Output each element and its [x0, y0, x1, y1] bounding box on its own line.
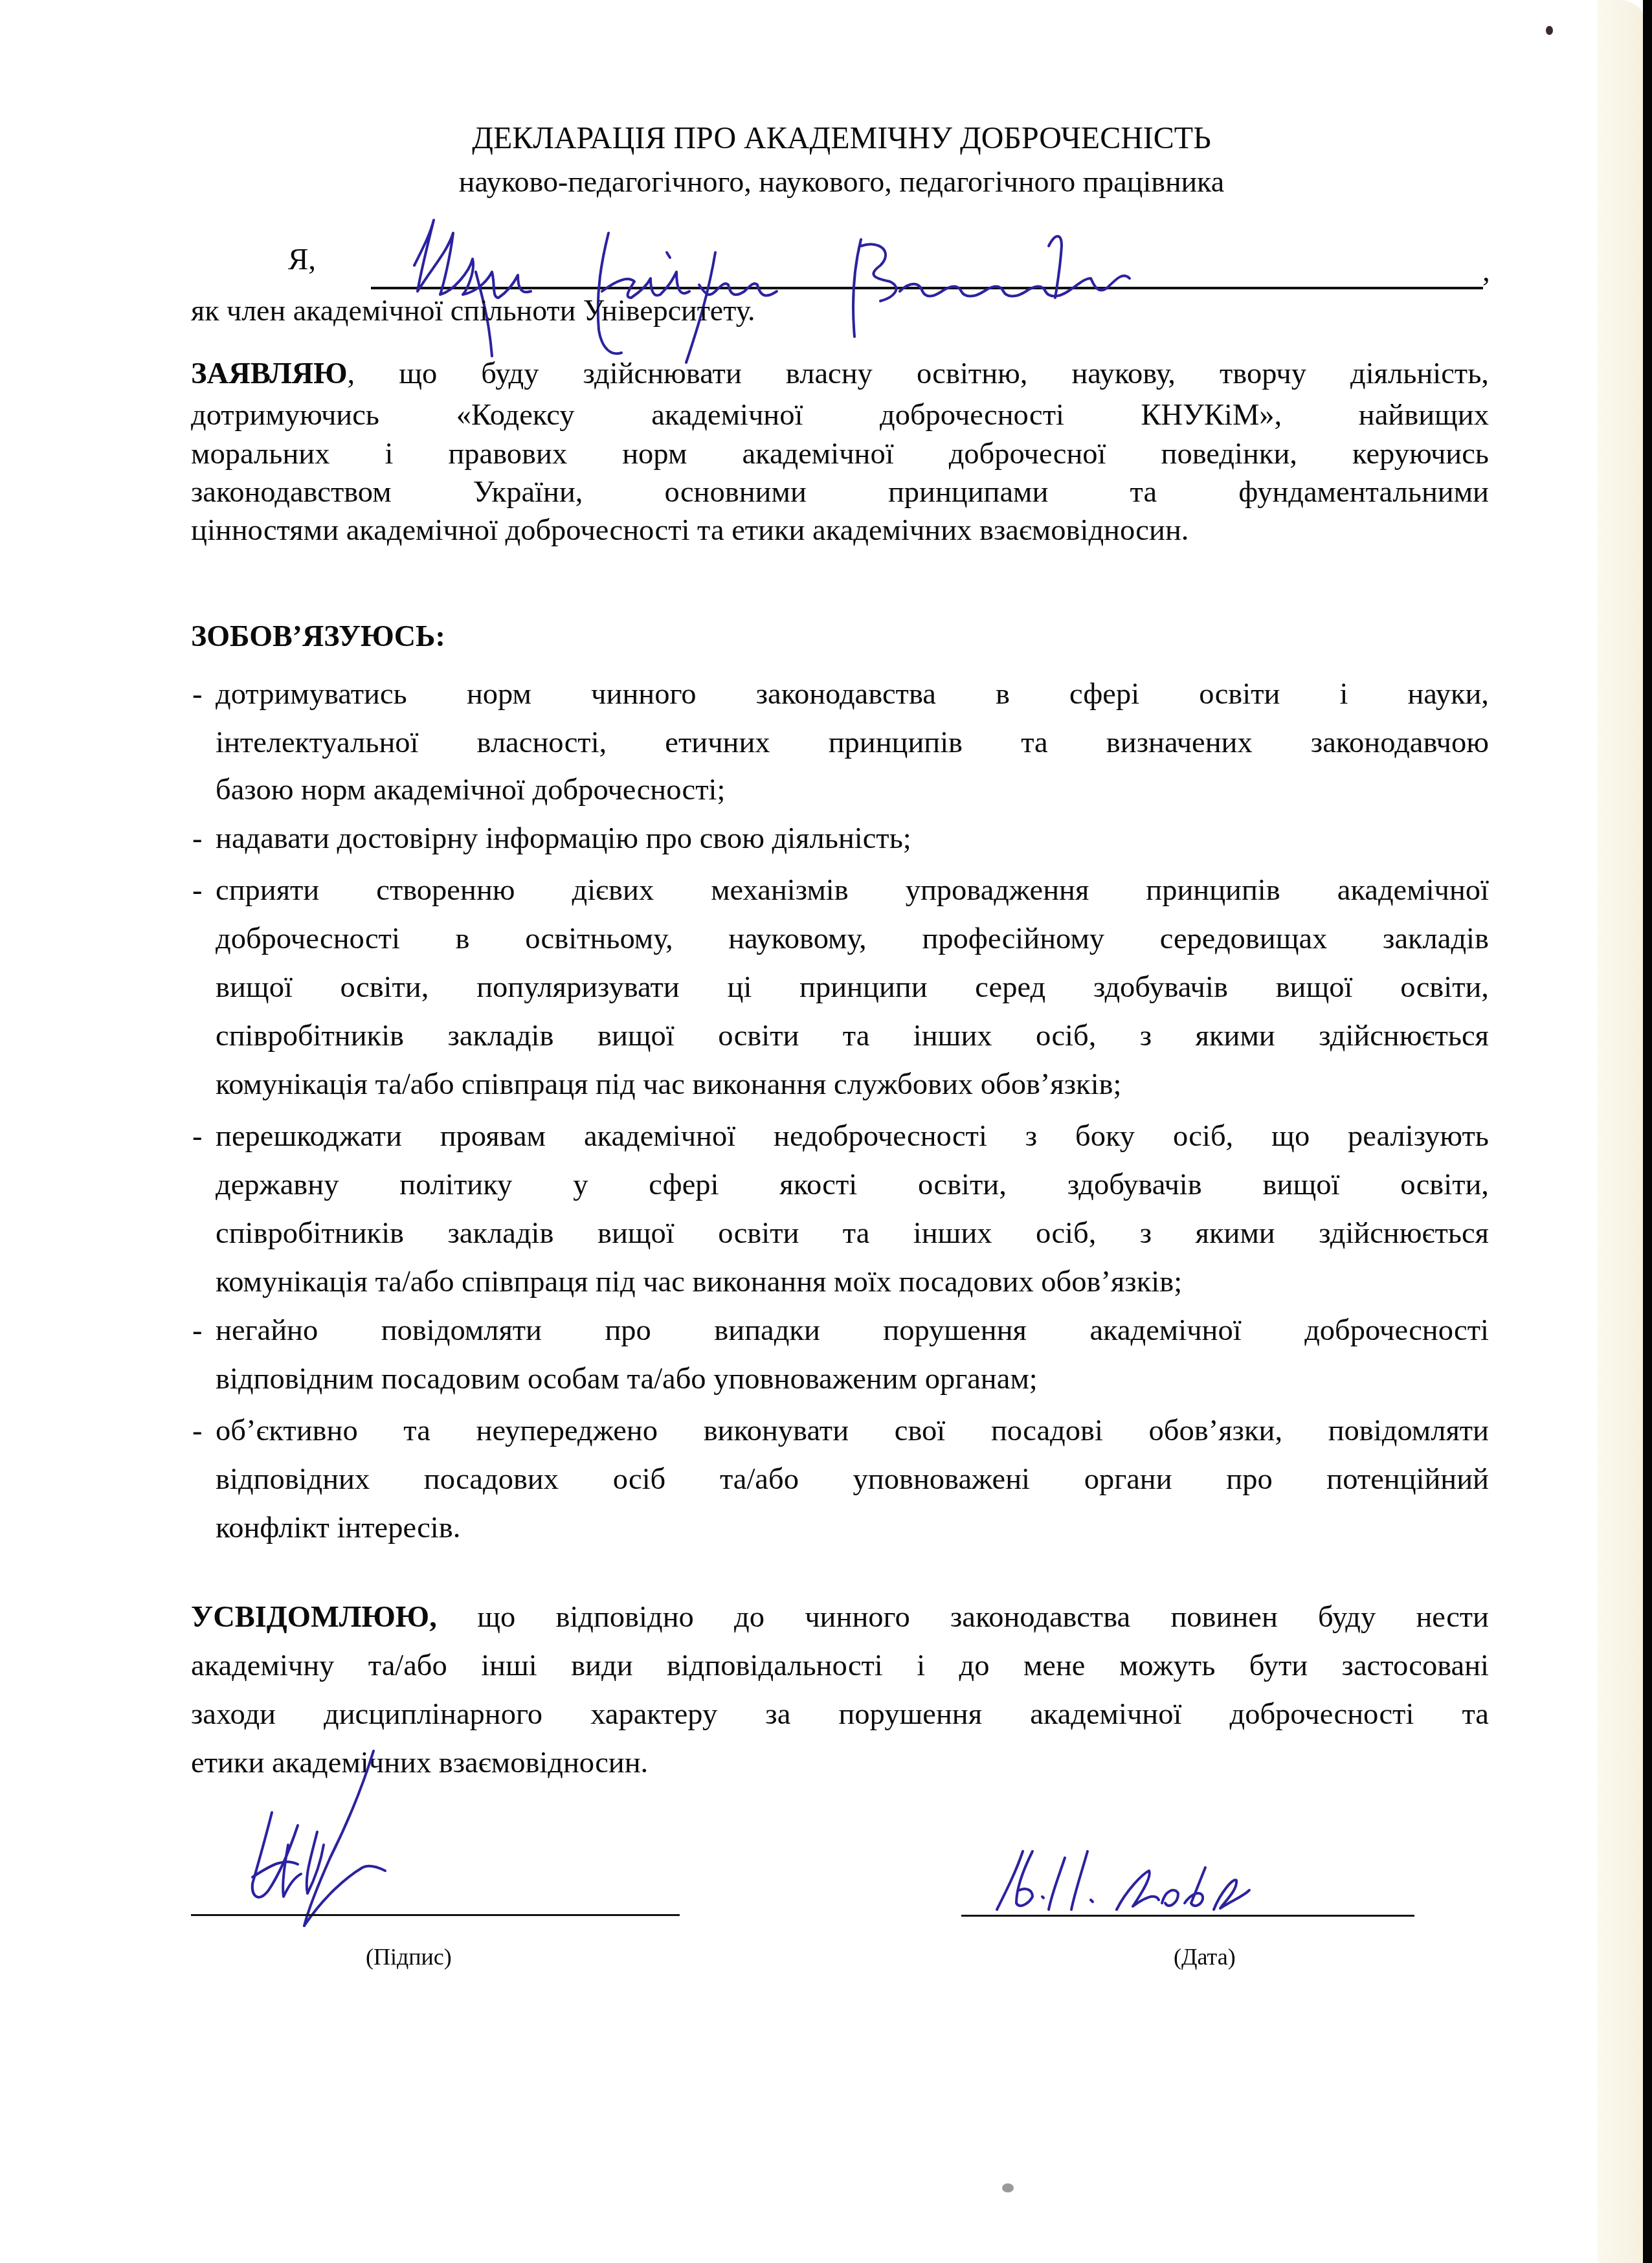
date-line — [961, 1915, 1414, 1917]
list-item-line: дотримуватись норм чинного законодавства… — [216, 680, 1489, 710]
bullet-dash: - — [192, 824, 203, 854]
list-item-line: співробітників закладів вищої освіти та … — [216, 1021, 1489, 1052]
list-item-line: сприяти створенню дієвих механізмів упро… — [216, 876, 1489, 906]
handwritten-date-text: 16.11.2022 — [0, 0, 1, 1]
handwritten-name — [363, 194, 1398, 362]
aware-line: УСВІДОМЛЮЮ, що відповідно до чинного зак… — [191, 1603, 1489, 1633]
list-item-line: державну політику у сфері якості освіти,… — [216, 1170, 1489, 1201]
list-item-line: перешкоджати проявам академічної недобро… — [216, 1122, 1489, 1152]
declare-line: законодавством України, основними принци… — [191, 478, 1489, 508]
list-item-line: конфлікт інтересів. — [216, 1513, 1489, 1544]
declare-line: моральних і правових норм академічної до… — [191, 440, 1489, 470]
scan-speck — [1546, 26, 1553, 35]
document-subtitle: науково-педагогічного, наукового, педаго… — [0, 167, 1652, 197]
signature-label: (Підпис) — [366, 1945, 452, 1968]
name-suffix: , — [1482, 256, 1490, 287]
handwritten-name-text: Мороз Кристіни Василівни — [0, 0, 1, 1]
bullet-dash: - — [192, 1416, 203, 1447]
list-item-line: відповідним посадовим особам та/або упов… — [216, 1365, 1489, 1395]
aware-line: заходи дисциплінарного характеру за пору… — [191, 1700, 1489, 1730]
list-item-line: базою норм академічної доброчесності; — [216, 775, 1489, 806]
bullet-dash: - — [192, 1316, 203, 1346]
aware-keyword: УСВІДОМЛЮЮ, — [191, 1601, 437, 1634]
commit-heading: ЗОБОВ’ЯЗУЮСЬ: — [191, 621, 445, 651]
scan-edge-border — [1643, 0, 1652, 2263]
list-item-line: доброчесності в освітньому, науковому, п… — [216, 924, 1489, 955]
list-item-line: комунікація та/або співпраця під час вик… — [216, 1267, 1489, 1298]
name-prefix: Я, — [288, 245, 316, 275]
declare-line: цінностями академічної доброчесності та … — [191, 516, 1489, 546]
date-label: (Дата) — [1174, 1945, 1236, 1968]
list-item-line: негайно повідомляти про випадки порушенн… — [216, 1316, 1489, 1346]
bullet-dash: - — [192, 680, 203, 710]
list-item-line: співробітників закладів вищої освіти та … — [216, 1219, 1489, 1249]
declare-line: ЗАЯВЛЯЮ, що буду здійснювати власну осві… — [191, 359, 1489, 390]
document-title: ДЕКЛАРАЦІЯ ПРО АКАДЕМІЧНУ ДОБРОЧЕСНІСТЬ — [0, 123, 1652, 154]
scan-edge-strip — [1598, 0, 1644, 2263]
scan-speck — [1002, 2183, 1014, 2192]
declare-keyword: ЗАЯВЛЯЮ — [191, 357, 348, 390]
handwritten-signature — [233, 1748, 531, 1942]
signature-line — [191, 1914, 680, 1916]
list-item-line: вищої освіти, популяризувати ці принципи… — [216, 973, 1489, 1003]
list-item-line: надавати достовірну інформацію про свою … — [216, 824, 1489, 854]
list-item-line: інтелектуальної власності, етичних принц… — [216, 728, 1489, 759]
aware-line: академічну та/або інші види відповідальн… — [191, 1651, 1489, 1682]
bullet-dash: - — [192, 1122, 203, 1152]
list-item-line: об’єктивно та неупереджено виконувати св… — [216, 1416, 1489, 1447]
bullet-dash: - — [192, 876, 203, 906]
list-item-line: комунікація та/або співпраця під час вик… — [216, 1070, 1489, 1100]
list-item-line: відповідних посадових осіб та/або уповно… — [216, 1465, 1489, 1495]
declare-line: дотримуючись «Кодексу академічної доброч… — [191, 401, 1489, 431]
member-line: як член академічної спільноти Університе… — [191, 296, 755, 326]
